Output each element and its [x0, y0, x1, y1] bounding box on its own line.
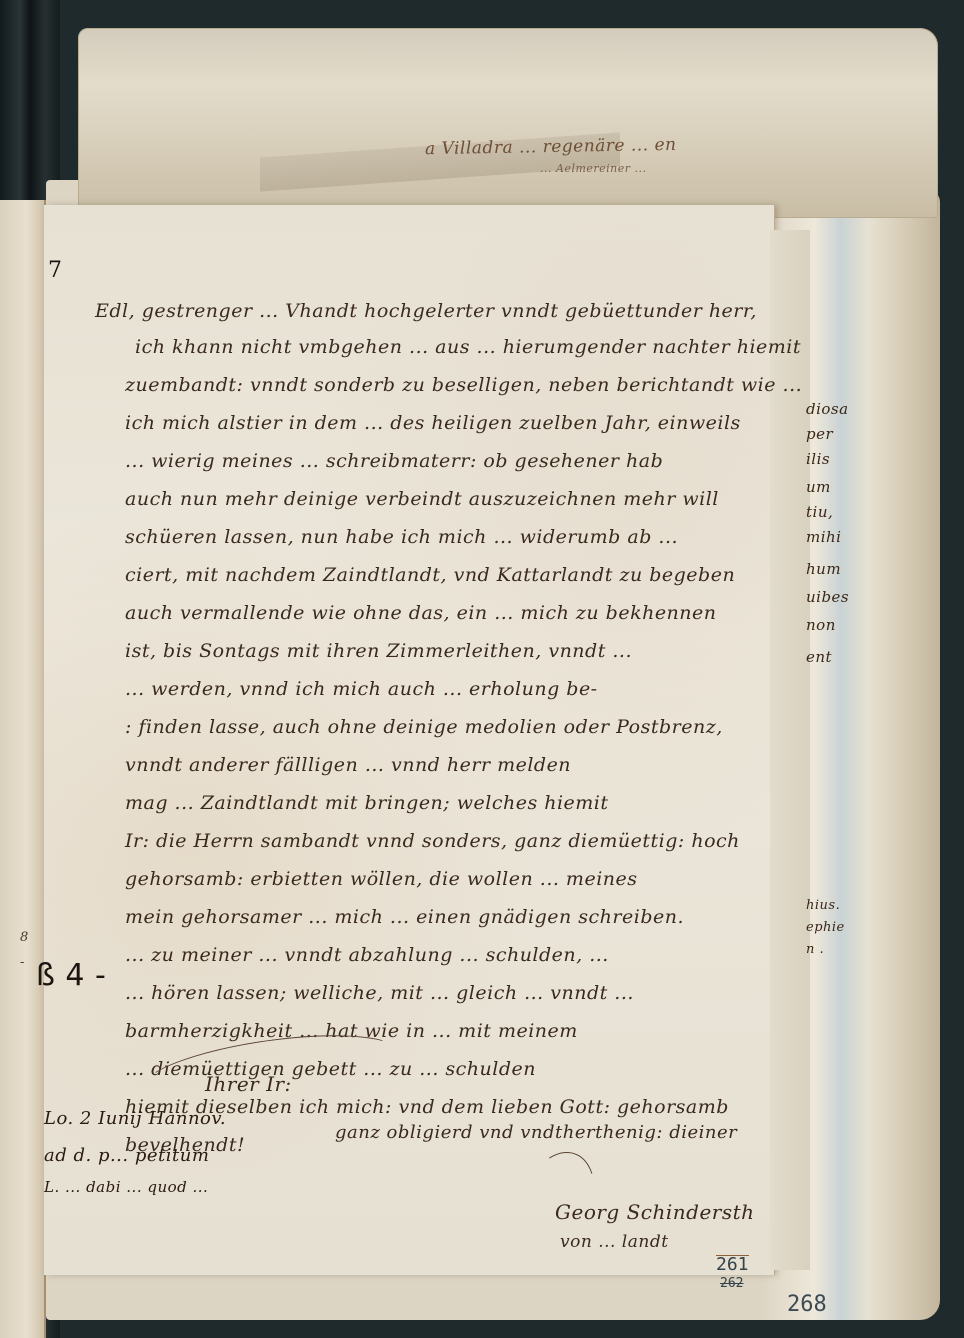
body-line: ... werden, vnnd ich mich auch ... erhol… — [125, 678, 598, 700]
stack-folio-number: 268 — [787, 1292, 827, 1317]
body-line: ich mich alstier in dem ... des heiligen… — [125, 412, 741, 434]
body-line: ... zu meiner ... vnndt abzahlung ... sc… — [125, 944, 609, 966]
cover-annotation-2: ... Aelmereiner ... — [540, 162, 647, 175]
body-line: schüeren lassen, nun habe ich mich ... w… — [125, 526, 678, 548]
fragment: mihi — [806, 528, 841, 546]
fragment: ephie — [806, 920, 845, 935]
fragment: - — [20, 955, 25, 970]
body-line: auch vermallende wie ohne das, ein ... m… — [125, 602, 717, 624]
body-line: vnndt anderer fällligen ... vnnd herr me… — [125, 754, 571, 776]
letter-body: Edl, gestrenger ... Vhandt hochgelerter … — [95, 300, 775, 1060]
page-mark: 7 — [48, 258, 63, 283]
body-line: Ir: die Herrn sambandt vnnd sonders, gan… — [125, 830, 740, 852]
body-line: auch nun mehr deinige verbeindt auszuzei… — [125, 488, 719, 510]
fragment: tiu, — [806, 503, 833, 521]
fragment: 8 — [20, 930, 29, 945]
body-line: zuembandt: vnndt sonderb zu beselligen, … — [125, 374, 802, 396]
folio-number: 261 — [716, 1255, 749, 1274]
body-line: ich khann nicht vmbgehen ... aus ... hie… — [135, 336, 801, 358]
left-facing-page — [0, 200, 46, 1338]
closing-phrase: ganz obligierd vnd vndtherthenig: dieine… — [335, 1122, 737, 1143]
margin-note: ad d. p... petitum — [44, 1145, 209, 1166]
fragment: hum — [806, 560, 841, 578]
body-line: mag ... Zaindtlandt mit bringen; welches… — [125, 792, 609, 814]
body-line: ... hören lassen; welliche, mit ... glei… — [125, 982, 634, 1004]
body-line: ciert, mit nachdem Zaindtlandt, vnd Katt… — [125, 564, 735, 586]
body-line: gehorsamb: erbietten wöllen, die wollen … — [125, 868, 638, 890]
body-line: mein gehorsamer ... mich ... einen gnädi… — [125, 906, 684, 928]
fragment: per — [806, 425, 833, 443]
folio-number-crossed: 262 — [720, 1276, 743, 1291]
fragment: hius. — [806, 898, 840, 913]
body-line: ist, bis Sontags mit ihren Zimmerleithen… — [125, 640, 632, 662]
body-line: : finden lasse, auch ohne deinige medoli… — [125, 716, 723, 738]
fragment: ent — [806, 648, 832, 666]
margin-note: Lo. 2 Iunij Hannov. — [44, 1108, 226, 1129]
body-line: ... wierig meines ... schreibmaterr: ob … — [125, 450, 663, 472]
fragment: non — [806, 616, 836, 634]
fragment: ilis — [806, 450, 830, 468]
fragment: uibes — [806, 588, 849, 606]
fragment: diosa — [806, 400, 849, 418]
fragment: n . — [806, 942, 824, 957]
fragment: um — [806, 478, 831, 496]
paper-stack-top-cover — [78, 28, 938, 218]
body-line: Edl, gestrenger ... Vhandt hochgelerter … — [95, 300, 757, 322]
margin-mark: ß 4 - — [36, 958, 106, 993]
margin-note: L. ... dabi ... quod ... — [44, 1178, 208, 1196]
